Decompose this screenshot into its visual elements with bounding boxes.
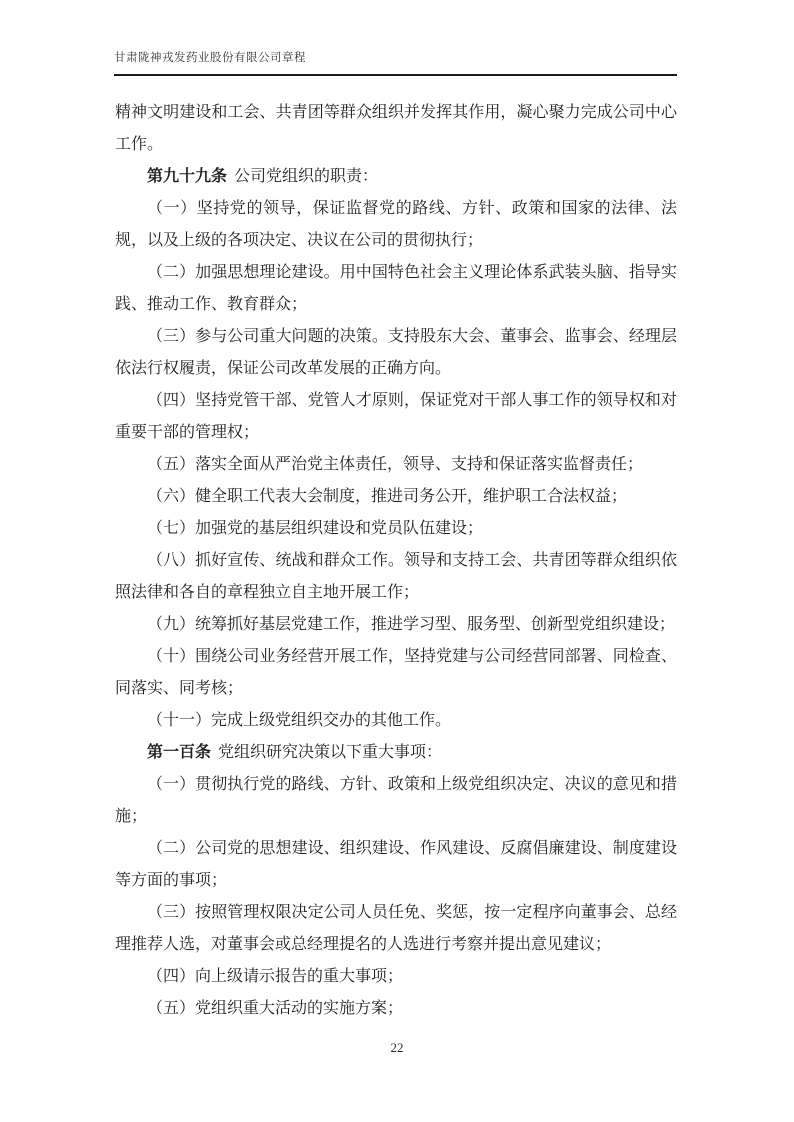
paragraph-text: （二）加强思想理论建设。用中国特色社会主义理论体系武装头脑、指导实践、推动工作、…: [115, 264, 677, 313]
paragraph-text: （九）统筹抓好基层党建工作，推进学习型、服务型、创新型党组织建设；: [147, 616, 675, 633]
paragraph-continuation: 精神文明建设和工会、共青团等群众组织并发挥其作用，凝心聚力完成公司中心工作。: [115, 97, 677, 161]
article-title-text: 公司党组织的职责：: [234, 168, 378, 185]
paragraph: （八）抓好宣传、统战和群众工作。领导和支持工会、共青团等群众组织依照法律和各自的…: [115, 545, 677, 609]
paragraph-text: （三）参与公司重大问题的决策。支持股东大会、董事会、监事会、经理层依法行权履责，…: [115, 328, 677, 377]
paragraph: （一）贯彻执行党的路线、方针、政策和上级党组织决定、决议的意见和措施；: [115, 769, 677, 833]
paragraph-text: （三）按照管理权限决定公司人员任免、奖惩，按一定程序向董事会、总经理推荐人选，对…: [115, 904, 677, 953]
article-100-heading: 第一百条党组织研究决策以下重大事项：: [115, 737, 677, 769]
paragraph-text: （一）贯彻执行党的路线、方针、政策和上级党组织决定、决议的意见和措施；: [115, 776, 677, 825]
paragraph-text: （十）围绕公司业务经营开展工作，坚持党建与公司经营同部署、同检查、同落实、同考核…: [115, 648, 677, 697]
paragraph: （四）坚持党管干部、党管人才原则，保证党对干部人事工作的领导权和对重要干部的管理…: [115, 385, 677, 449]
paragraph-text: （二）公司党的思想建设、组织建设、作风建设、反腐倡廉建设、制度建设等方面的事项；: [115, 840, 677, 889]
paragraph-text: （四）向上级请示报告的重大事项；: [147, 968, 403, 985]
paragraph-text: （五）党组织重大活动的实施方案；: [147, 1000, 403, 1017]
page-number: 22: [0, 1040, 794, 1056]
document-body: 精神文明建设和工会、共青团等群众组织并发挥其作用，凝心聚力完成公司中心工作。 第…: [115, 97, 677, 1025]
paragraph-text: （四）坚持党管干部、党管人才原则，保证党对干部人事工作的领导权和对重要干部的管理…: [115, 392, 677, 441]
paragraph-text: （十一）完成上级党组织交办的其他工作。: [147, 712, 451, 729]
paragraph: （十）围绕公司业务经营开展工作，坚持党建与公司经营同部署、同检查、同落实、同考核…: [115, 641, 677, 705]
paragraph-text: （六）健全职工代表大会制度，推进司务公开，维护职工合法权益；: [147, 488, 627, 505]
article-number: 第九十九条: [147, 168, 227, 185]
paragraph-text: （五）落实全面从严治党主体责任，领导、支持和保证落实监督责任；: [147, 456, 643, 473]
document-page: 甘肃陇神戎发药业股份有限公司章程 精神文明建设和工会、共青团等群众组织并发挥其作…: [0, 0, 794, 1122]
paragraph: （三）按照管理权限决定公司人员任免、奖惩，按一定程序向董事会、总经理推荐人选，对…: [115, 897, 677, 961]
paragraph: （四）向上级请示报告的重大事项；: [115, 961, 677, 993]
paragraph-text: （八）抓好宣传、统战和群众工作。领导和支持工会、共青团等群众组织依照法律和各自的…: [115, 552, 677, 601]
paragraph: （十一）完成上级党组织交办的其他工作。: [115, 705, 677, 737]
page-header: 甘肃陇神戎发药业股份有限公司章程: [114, 51, 677, 76]
paragraph: （九）统筹抓好基层党建工作，推进学习型、服务型、创新型党组织建设；: [115, 609, 677, 641]
paragraph: （七）加强党的基层组织建设和党员队伍建设；: [115, 513, 677, 545]
paragraph: （五）党组织重大活动的实施方案；: [115, 993, 677, 1025]
page-number-text: 22: [391, 1040, 404, 1055]
paragraph: （六）健全职工代表大会制度，推进司务公开，维护职工合法权益；: [115, 481, 677, 513]
header-title: 甘肃陇神戎发药业股份有限公司章程: [114, 52, 306, 64]
article-number: 第一百条: [147, 744, 211, 761]
article-99-heading: 第九十九条公司党组织的职责：: [115, 161, 677, 193]
paragraph: （一）坚持党的领导，保证监督党的路线、方针、政策和国家的法律、法规，以及上级的各…: [115, 193, 677, 257]
paragraph-text: 精神文明建设和工会、共青团等群众组织并发挥其作用，凝心聚力完成公司中心工作。: [115, 104, 677, 153]
paragraph-text: （七）加强党的基层组织建设和党员队伍建设；: [147, 520, 483, 537]
paragraph: （二）公司党的思想建设、组织建设、作风建设、反腐倡廉建设、制度建设等方面的事项；: [115, 833, 677, 897]
paragraph: （三）参与公司重大问题的决策。支持股东大会、董事会、监事会、经理层依法行权履责，…: [115, 321, 677, 385]
paragraph-text: （一）坚持党的领导，保证监督党的路线、方针、政策和国家的法律、法规，以及上级的各…: [115, 200, 677, 249]
article-title-text: 党组织研究决策以下重大事项：: [218, 744, 442, 761]
paragraph: （二）加强思想理论建设。用中国特色社会主义理论体系武装头脑、指导实践、推动工作、…: [115, 257, 677, 321]
paragraph: （五）落实全面从严治党主体责任，领导、支持和保证落实监督责任；: [115, 449, 677, 481]
